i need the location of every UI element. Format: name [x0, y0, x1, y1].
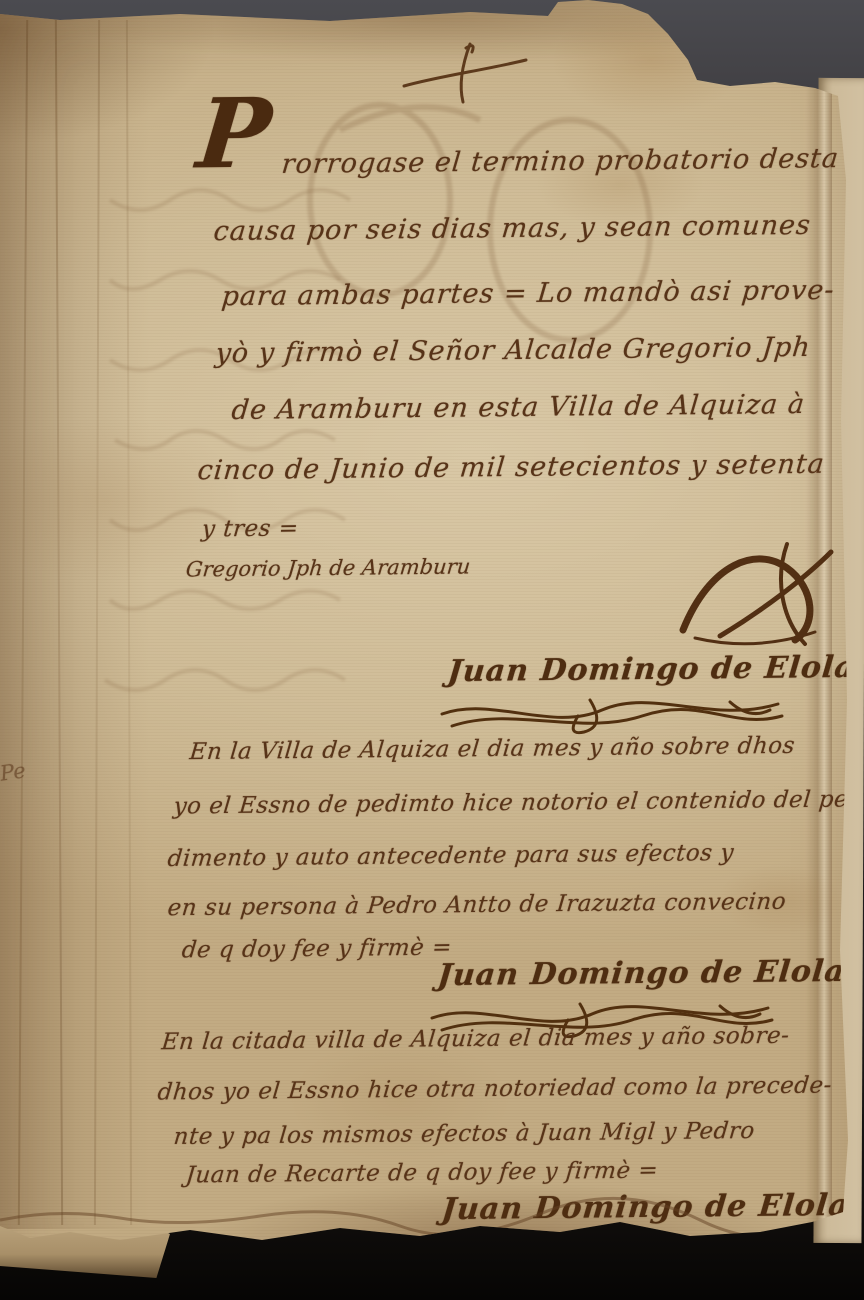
alcalde-rubric	[665, 538, 845, 650]
manuscript-line: para ambas partes = Lo mandò asi prove-	[220, 275, 836, 312]
manuscript-line: rorrogase el termino probatorio desta	[280, 143, 840, 180]
manuscript-line: y tres =	[201, 515, 300, 542]
manuscript-page: † Pe P rorrogase el termino probatorio d…	[0, 0, 864, 1300]
bottom-deckle-edge-line	[0, 1186, 864, 1238]
manuscript-line: En la Villa de Alquiza el dia mes y año …	[188, 733, 796, 765]
manuscript-line: de Aramburu en esta Villa de Alquiza à	[230, 389, 806, 426]
manuscript-line: causa por seis dias mas, y sean comunes	[212, 210, 812, 247]
attestation-name: Gregorio Jph de Aramburu	[185, 555, 472, 582]
manuscript-line: yo el Essno de pedimto hice notorio el c…	[172, 786, 857, 819]
manuscript-line: de q doy fee y firmè =	[181, 935, 454, 964]
manuscript-line: yò y firmò el Señor Alcalde Gregorio Jph	[214, 332, 812, 369]
manuscript-line: nte y pa los mismos efectos à Juan Migl …	[172, 1118, 756, 1150]
escribano-signature: Juan Domingo de Elola	[436, 954, 846, 993]
signature-rubric-flourish	[430, 694, 790, 738]
manuscript-line: dimento y auto antecedente para sus efec…	[166, 840, 735, 872]
margin-note: Pe	[0, 758, 27, 785]
manuscript-line: en su persona à Pedro Antto de Irazuzta …	[166, 889, 787, 921]
manuscript-line: En la citada villa de Alquiza el dia mes…	[160, 1023, 790, 1056]
manuscript-line: dhos yo el Essno hice otra notoriedad co…	[156, 1072, 833, 1105]
manuscript-line: cinco de Junio de mil setecientos y sete…	[196, 449, 826, 487]
drop-cap-initial: P	[194, 96, 274, 174]
manuscript-line: Juan de Recarte de q doy fee y firmè =	[185, 1158, 660, 1189]
manuscript-scan: † Pe P rorrogase el termino probatorio d…	[0, 0, 864, 1300]
invocation-cross-mark: †	[400, 38, 530, 108]
escribano-signature: Juan Domingo de Elola	[446, 650, 856, 689]
